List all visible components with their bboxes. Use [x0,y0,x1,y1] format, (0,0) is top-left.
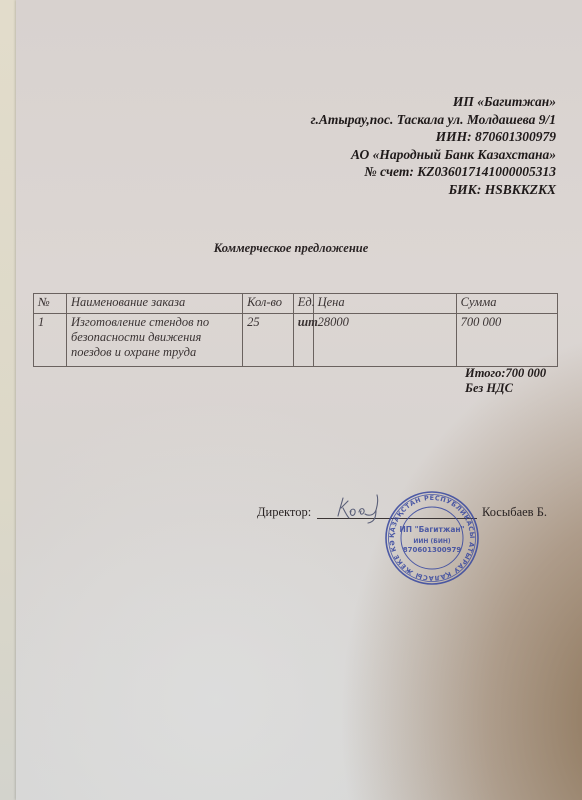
cell-sum: 700 000 [456,314,557,367]
totals-block: Итого:700 000 Без НДС [465,366,546,396]
company-bik: БИК: HSBKKZKX [311,181,556,199]
company-iin: ИИН: 870601300979 [311,128,556,146]
cell-quantity: 25 [243,314,294,367]
total-amount: Итого:700 000 [465,366,546,381]
company-stamp-icon: ҚАЗАҚСТАН РЕСПУБЛИКАСЫ АТЫРАУ ҚАЛАСЫ ЖЕК… [384,490,480,586]
company-account: № счет: KZ036017141000005313 [311,163,556,181]
cell-price: 28000 [313,314,456,367]
stamp-id: 870601300979 [403,546,462,554]
table-header-row: № Наименование заказа Кол-во Ед. Цена Су… [34,294,558,314]
column-header-number: № [34,294,67,314]
handwritten-signature-icon [332,492,392,528]
stamp-company-name: ИП "Багитжан" [400,525,465,534]
cell-number: 1 [34,314,67,367]
commercial-offer-document: ИП «Багитжан» г.Атырау,пос. Таскала ул. … [0,0,582,800]
company-name: ИП «Багитжан» [311,93,556,111]
column-header-price: Цена [313,294,456,314]
order-table: № Наименование заказа Кол-во Ед. Цена Су… [33,293,558,367]
vat-note: Без НДС [465,381,546,396]
column-header-unit: Ед. [293,294,313,314]
document-title: Коммерческое предложение [0,241,582,256]
company-address: г.Атырау,пос. Таскала ул. Молдашева 9/1 [311,111,556,129]
company-bank: АО «Народный Банк Казахстана» [311,146,556,164]
table-row: 1 Изготовление стендов по безопасности д… [34,314,558,367]
stamp-id-label: ИИН (БИН) [413,538,451,545]
column-header-name: Наименование заказа [67,294,243,314]
director-name: Косыбаев Б. [482,505,547,520]
company-requisites: ИП «Багитжан» г.Атырау,пос. Таскала ул. … [311,93,556,198]
column-header-sum: Сумма [456,294,557,314]
column-header-quantity: Кол-во [243,294,294,314]
director-label: Директор: [257,505,311,520]
cell-name: Изготовление стендов по безопасности дви… [67,314,243,367]
cell-unit: шт [293,314,313,367]
